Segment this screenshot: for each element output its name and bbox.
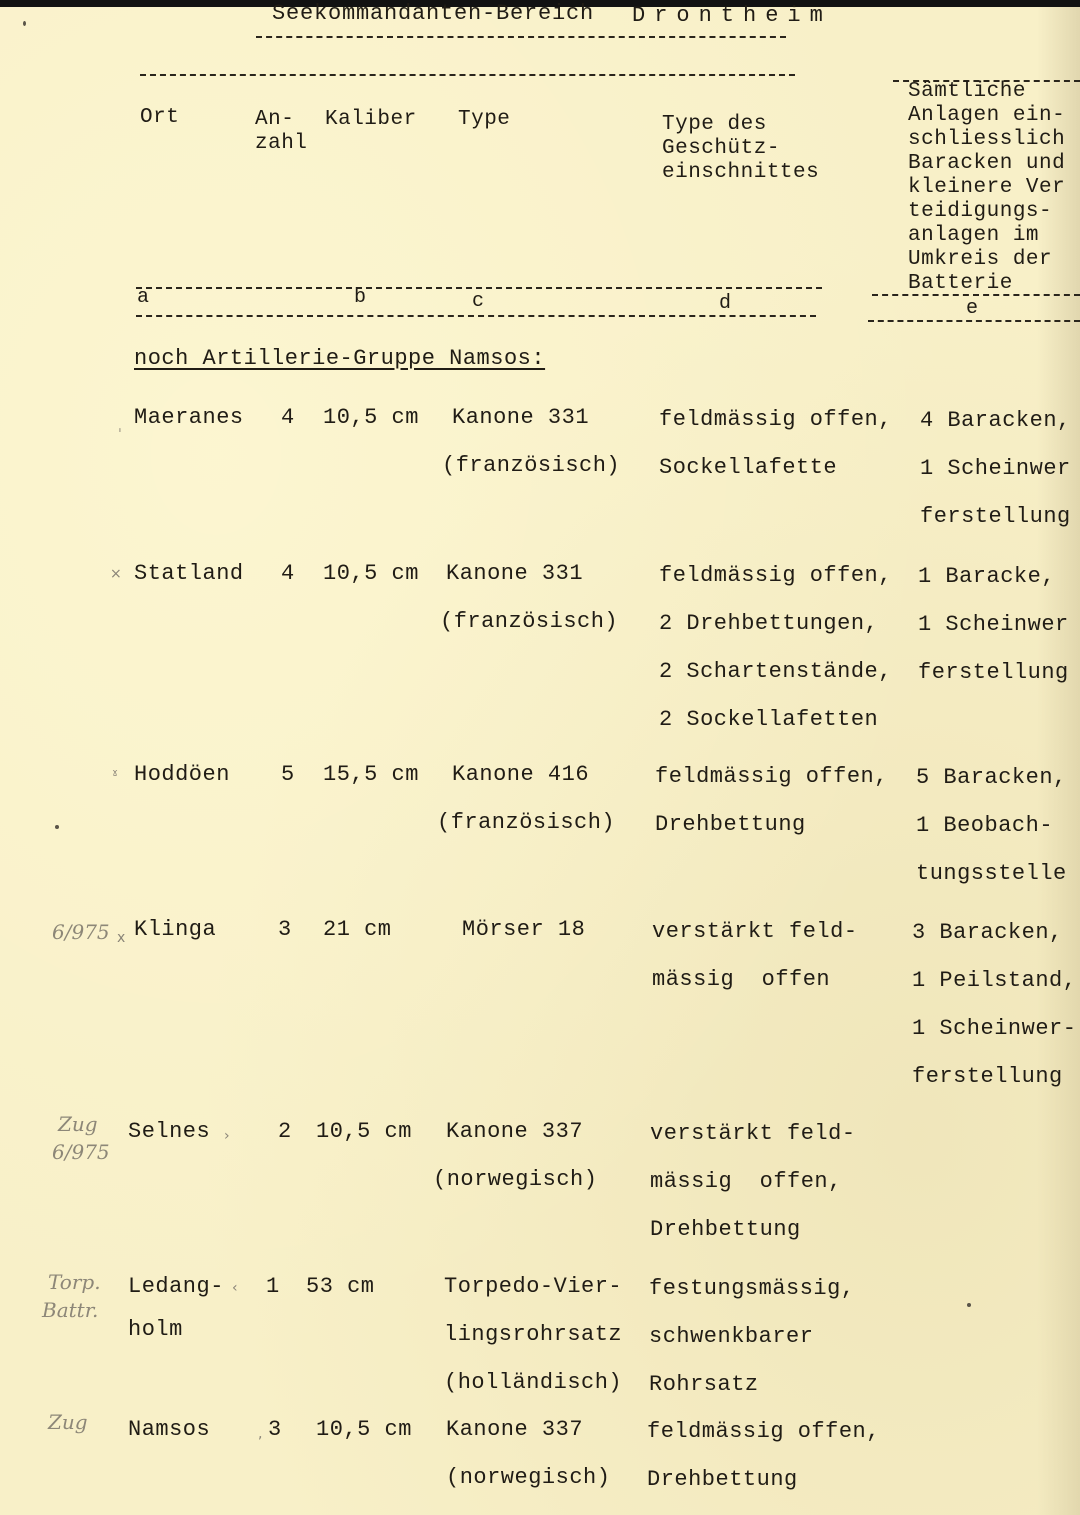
col-letter-d: d xyxy=(719,292,732,316)
handwritten-annotation: Zug xyxy=(48,1410,88,1434)
cell-ort: holm xyxy=(128,1318,183,1342)
cell-type: Kanone 331 xyxy=(446,562,583,586)
cell-einschnitt: feldmässig offen, xyxy=(647,1420,880,1444)
cell-anlagen: 3 Baracken, xyxy=(912,921,1063,945)
cell-anzahl: 5 xyxy=(281,763,295,787)
cell-einschnitt: feldmässig offen, xyxy=(655,765,888,789)
cell-einschnitt: schwenkbarer xyxy=(649,1325,813,1349)
check-mark: , xyxy=(258,1426,262,1442)
cell-einschnitt: Drehbettung xyxy=(650,1218,801,1242)
paper-speck xyxy=(23,21,26,26)
cell-ort: Statland xyxy=(134,562,244,586)
cell-einschnitt: verstärkt feld- xyxy=(650,1122,856,1146)
header-line: schliesslich xyxy=(908,128,1065,152)
cell-ort: Namsos xyxy=(128,1418,210,1442)
cell-anlagen: 1 Baracke, xyxy=(918,565,1055,589)
document-title-city: Drontheim xyxy=(632,4,832,28)
cell-type: Kanone 416 xyxy=(452,763,589,787)
col-header-ort: Ort xyxy=(140,106,179,130)
cell-type: Kanone 331 xyxy=(452,406,589,430)
check-mark: ˠ xyxy=(112,767,118,783)
cell-einschnitt: Rohrsatz xyxy=(649,1373,759,1397)
header-line: teidigungs- xyxy=(908,200,1065,224)
col-letter-e: e xyxy=(966,297,979,321)
cell-ort: Selnes xyxy=(128,1120,210,1144)
cell-einschnitt: mässig offen xyxy=(652,968,830,992)
check-mark: × xyxy=(110,566,122,582)
cell-anzahl: 1 xyxy=(266,1275,280,1299)
cell-einschnitt: Drehbettung xyxy=(655,813,806,837)
cell-anlagen: ferstellung xyxy=(912,1065,1063,1089)
header-line: Umkreis der xyxy=(908,248,1065,272)
cell-kaliber: 10,5 cm xyxy=(316,1418,412,1442)
letter-row-top-rule xyxy=(136,287,822,289)
cell-einschnitt: 2 Drehbettungen, xyxy=(659,612,878,636)
cell-anlagen: 1 Beobach- xyxy=(916,814,1053,838)
cell-einschnitt: 2 Schartenstände, xyxy=(659,660,892,684)
cell-anlagen: tungsstelle xyxy=(916,862,1067,886)
letter-row-bottom-rule-e xyxy=(868,320,1080,322)
cell-anzahl: 3 xyxy=(268,1418,282,1442)
check-mark: x xyxy=(117,930,125,946)
col-letter-b: b xyxy=(354,286,367,310)
col-header-anzahl-1: An- xyxy=(255,108,294,132)
cell-anlagen: 4 Baracken, xyxy=(920,409,1071,433)
cell-type: (französisch) xyxy=(442,454,620,478)
cell-ort: Klinga xyxy=(134,918,216,942)
cell-type: (norwegisch) xyxy=(433,1168,597,1192)
cell-einschnitt: Drehbettung xyxy=(647,1468,798,1492)
title-underline xyxy=(256,36,786,38)
document-title-region: Seekommandanten-Bereich xyxy=(272,2,594,26)
handwritten-annotation: Torp. xyxy=(48,1270,101,1294)
check-mark: ˌ xyxy=(118,418,122,434)
cell-einschnitt: 2 Sockellafetten xyxy=(659,708,878,732)
header-line: Type des xyxy=(662,113,819,137)
handwritten-annotation: 6/975 xyxy=(52,920,110,944)
letter-row-top-rule-e xyxy=(872,294,1080,296)
paper-speck xyxy=(967,1303,971,1307)
handwritten-annotation: 6/975 xyxy=(52,1140,110,1164)
cell-ort: Ledang- xyxy=(128,1275,224,1299)
check-mark: ‹ xyxy=(232,1280,238,1296)
col-header-einschnitt: Type des Geschütz- einschnittes xyxy=(662,113,819,185)
letter-row-bottom-rule xyxy=(136,315,816,317)
header-top-rule xyxy=(140,74,795,76)
cell-anzahl: 4 xyxy=(281,406,295,430)
paper-speck xyxy=(55,825,59,829)
cell-einschnitt: Sockellafette xyxy=(659,456,837,480)
cell-einschnitt: feldmässig offen, xyxy=(659,564,892,588)
header-line: Batterie xyxy=(908,272,1065,296)
check-mark: › xyxy=(224,1128,230,1144)
cell-anlagen: 5 Baracken, xyxy=(916,766,1067,790)
group-heading: noch Artillerie-Gruppe Namsos: xyxy=(134,347,545,371)
cell-anlagen: ferstellung xyxy=(918,661,1069,685)
cell-kaliber: 10,5 cm xyxy=(323,406,419,430)
cell-type: (französisch) xyxy=(437,811,615,835)
cell-anzahl: 2 xyxy=(278,1120,292,1144)
cell-anzahl: 4 xyxy=(281,562,295,586)
col-letter-c: c xyxy=(472,290,485,314)
cell-einschnitt: feldmässig offen, xyxy=(659,408,892,432)
header-line: Baracken und xyxy=(908,152,1065,176)
cell-einschnitt: mässig offen, xyxy=(650,1170,842,1194)
cell-type: Torpedo-Vier- xyxy=(444,1275,622,1299)
cell-type: (holländisch) xyxy=(444,1371,622,1395)
cell-einschnitt: festungsmässig, xyxy=(649,1277,855,1301)
cell-anlagen: 1 Scheinwer- xyxy=(912,1017,1076,1041)
cell-anlagen: 1 Scheinwer xyxy=(918,613,1069,637)
cell-kaliber: 10,5 cm xyxy=(323,562,419,586)
col-header-kaliber: Kaliber xyxy=(325,108,417,132)
col-header-anzahl-2: zahl xyxy=(255,132,307,156)
header-line: anlagen im xyxy=(908,224,1065,248)
cell-type: Kanone 337 xyxy=(446,1120,583,1144)
col-letter-a: a xyxy=(137,286,150,310)
cell-einschnitt: verstärkt feld- xyxy=(652,920,858,944)
header-line: Anlagen ein- xyxy=(908,104,1065,128)
cell-kaliber: 21 cm xyxy=(323,918,392,942)
cell-anlagen: ferstellung xyxy=(920,505,1071,529)
cell-type: (französisch) xyxy=(440,610,618,634)
header-line: einschnittes xyxy=(662,161,819,185)
cell-ort: Hoddöen xyxy=(134,763,230,787)
col-header-type: Type xyxy=(458,108,510,132)
cell-type: Mörser 18 xyxy=(462,918,585,942)
cell-kaliber: 10,5 cm xyxy=(316,1120,412,1144)
handwritten-annotation: Zug xyxy=(58,1112,98,1136)
cell-type: (norwegisch) xyxy=(446,1466,610,1490)
cell-type: Kanone 337 xyxy=(446,1418,583,1442)
cell-anlagen: 1 Scheinwer xyxy=(920,457,1071,481)
header-line: kleinere Ver xyxy=(908,176,1065,200)
cell-kaliber: 53 cm xyxy=(306,1275,375,1299)
header-line: Geschütz- xyxy=(662,137,819,161)
header-line: Sämtliche xyxy=(908,80,1065,104)
handwritten-annotation: Battr. xyxy=(42,1298,98,1322)
cell-anzahl: 3 xyxy=(278,918,292,942)
cell-type: lingsrohrsatz xyxy=(444,1323,622,1347)
cell-kaliber: 15,5 cm xyxy=(323,763,419,787)
col-header-anlagen: Sämtliche Anlagen ein- schliesslich Bara… xyxy=(908,80,1065,296)
cell-anlagen: 1 Peilstand, xyxy=(912,969,1076,993)
cell-ort: Maeranes xyxy=(134,406,244,430)
